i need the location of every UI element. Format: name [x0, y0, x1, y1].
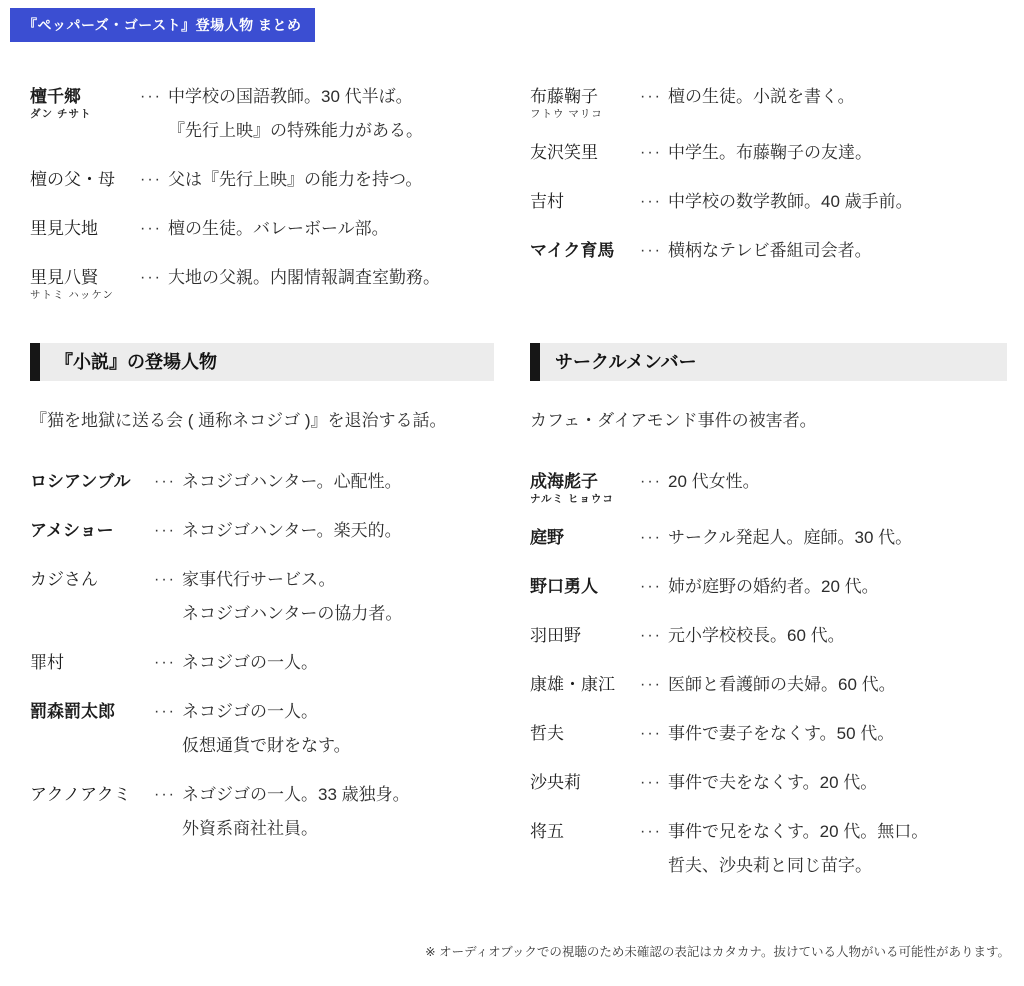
character-name: カジさん — [30, 563, 154, 597]
section-intro-novel: 『猫を地獄に送る会 ( 通称ネコジゴ )』を退治する話。 — [30, 409, 494, 433]
ellipsis-separator: ··· — [640, 521, 668, 555]
novel-characters-list: ロシアンブル ··· ネコジゴハンター。心配性。 アメショー ··· ネコジゴハ… — [30, 465, 494, 898]
ellipsis-separator: ··· — [640, 766, 668, 800]
footnote: ※ オーディオブックでの視聴のため未確認の表記はカタカナ。抜けている人物がいる可… — [425, 942, 1010, 960]
ellipsis-separator: ··· — [640, 234, 668, 268]
character-entry: 沙央莉 ··· 事件で夫をなくす。20 代。 — [530, 766, 1007, 800]
character-description: 中学校の国語教師。30 代半ば。 『先行上映』の特殊能力がある。 — [168, 80, 494, 148]
character-entry: 里見八賢 サトミ ハッケン ··· 大地の父親。内閣情報調査室勤務。 — [30, 261, 494, 302]
character-entry: 吉村 ··· 中学校の数学教師。40 歳手前。 — [530, 185, 1007, 219]
ellipsis-separator: ··· — [640, 570, 668, 604]
ellipsis-separator: ··· — [140, 261, 168, 295]
section-intro-circle: カフェ・ダイアモンド事件の被害者。 — [530, 409, 1007, 433]
character-name: 将五 — [530, 815, 640, 849]
section-title: 『小説』の登場人物 — [55, 352, 217, 372]
section-header-novel: 『小説』の登場人物 — [30, 343, 494, 381]
character-entry: 将五 ··· 事件で兄をなくす。20 代。無口。 哲夫、沙央莉と同じ苗字。 — [530, 815, 1007, 883]
character-description: ネコジゴの一人。 — [182, 646, 494, 680]
ellipsis-separator: ··· — [640, 80, 668, 114]
ellipsis-separator: ··· — [640, 465, 668, 499]
character-entry: カジさん ··· 家事代行サービス。 ネコジゴハンターの協力者。 — [30, 563, 494, 631]
character-entry: アクノアクミ ··· ネゴジゴの一人。33 歳独身。 外資系商社社員。 — [30, 778, 494, 846]
character-name-block: 成海彪子 ナルミ ヒョウコ — [530, 465, 640, 506]
character-name-block: 布藤鞠子 フトウ マリコ — [530, 80, 640, 121]
ellipsis-separator: ··· — [640, 136, 668, 170]
circle-members-list: 成海彪子 ナルミ ヒョウコ ··· 20 代女性。 庭野 ··· サークル発起人… — [530, 465, 1007, 898]
ellipsis-separator: ··· — [640, 717, 668, 751]
character-name: 里見大地 — [30, 212, 140, 246]
ellipsis-separator: ··· — [154, 646, 182, 680]
character-description: 事件で兄をなくす。20 代。無口。 哲夫、沙央莉と同じ苗字。 — [668, 815, 1007, 883]
character-entry: ロシアンブル ··· ネコジゴハンター。心配性。 — [30, 465, 494, 499]
ellipsis-separator: ··· — [154, 778, 182, 812]
character-description: ネゴジゴの一人。33 歳独身。 外資系商社社員。 — [182, 778, 494, 846]
character-entry: 康雄・康江 ··· 医師と看護師の夫婦。60 代。 — [530, 668, 1007, 702]
ellipsis-separator: ··· — [154, 695, 182, 729]
character-description: 元小学校校長。60 代。 — [668, 619, 1007, 653]
character-name: 哲夫 — [530, 717, 640, 751]
character-name-block: 里見八賢 サトミ ハッケン — [30, 261, 140, 302]
character-entry: 里見大地 ··· 檀の生徒。バレーボール部。 — [30, 212, 494, 246]
character-name-block: アクノアクミ — [30, 778, 154, 812]
ellipsis-separator: ··· — [640, 815, 668, 849]
character-name-block: 康雄・康江 — [530, 668, 640, 702]
character-entry: 罪村 ··· ネコジゴの一人。 — [30, 646, 494, 680]
character-name: 野口勇人 — [530, 570, 640, 604]
character-name-block: 檀の父・母 — [30, 163, 140, 197]
character-description: 家事代行サービス。 ネコジゴハンターの協力者。 — [182, 563, 494, 631]
ellipsis-separator: ··· — [640, 185, 668, 219]
character-description: 中学校の数学教師。40 歳手前。 — [668, 185, 1007, 219]
ellipsis-separator: ··· — [140, 163, 168, 197]
character-entry: 檀の父・母 ··· 父は『先行上映』の能力を持つ。 — [30, 163, 494, 197]
character-description: 事件で夫をなくす。20 代。 — [668, 766, 1007, 800]
character-name-block: 庭野 — [530, 521, 640, 555]
character-name: 康雄・康江 — [530, 668, 640, 702]
character-name: 罰森罰太郎 — [30, 695, 154, 729]
main-characters-right-list: 布藤鞠子 フトウ マリコ ··· 檀の生徒。小説を書く。 友沢笑里 ··· 中学… — [530, 80, 1007, 317]
character-description: 医師と看護師の夫婦。60 代。 — [668, 668, 1007, 702]
character-description: ネコジゴの一人。 仮想通貨で財をなす。 — [182, 695, 494, 763]
character-entry: アメショー ··· ネコジゴハンター。楽天的。 — [30, 514, 494, 548]
character-name: 檀の父・母 — [30, 163, 140, 197]
character-description: ネコジゴハンター。心配性。 — [182, 465, 494, 499]
ellipsis-separator: ··· — [140, 80, 168, 114]
section-header-circle: サークルメンバー — [530, 343, 1007, 381]
character-entry: 友沢笑里 ··· 中学生。布藤鞠子の友達。 — [530, 136, 1007, 170]
page-title: 『ペッパーズ・ゴースト』登場人物 まとめ — [23, 17, 302, 33]
character-entry: マイク育馬 ··· 横柄なテレビ番組司会者。 — [530, 234, 1007, 268]
section-title: サークルメンバー — [555, 352, 697, 372]
character-description: 姉が庭野の婚約者。20 代。 — [668, 570, 1007, 604]
character-name-block: カジさん — [30, 563, 154, 597]
character-name-block: ロシアンブル — [30, 465, 154, 499]
character-name-block: 里見大地 — [30, 212, 140, 246]
character-furigana: ナルミ ヒョウコ — [530, 492, 640, 506]
character-name: 沙央莉 — [530, 766, 640, 800]
character-entry: 檀千郷 ダン チサト ··· 中学校の国語教師。30 代半ば。 『先行上映』の特… — [30, 80, 494, 148]
ellipsis-separator: ··· — [140, 212, 168, 246]
ellipsis-separator: ··· — [154, 563, 182, 597]
character-entry: 哲夫 ··· 事件で妻子をなくす。50 代。 — [530, 717, 1007, 751]
character-description: 中学生。布藤鞠子の友達。 — [668, 136, 1007, 170]
character-entry: 庭野 ··· サークル発起人。庭師。30 代。 — [530, 521, 1007, 555]
ellipsis-separator: ··· — [640, 668, 668, 702]
character-name-block: 沙央莉 — [530, 766, 640, 800]
character-name: 羽田野 — [530, 619, 640, 653]
character-name: 罪村 — [30, 646, 154, 680]
character-entry: 布藤鞠子 フトウ マリコ ··· 檀の生徒。小説を書く。 — [530, 80, 1007, 121]
main-characters-left-list: 檀千郷 ダン チサト ··· 中学校の国語教師。30 代半ば。 『先行上映』の特… — [30, 80, 494, 317]
character-name: ロシアンブル — [30, 465, 154, 499]
character-entry: 野口勇人 ··· 姉が庭野の婚約者。20 代。 — [530, 570, 1007, 604]
character-name-block: 罰森罰太郎 — [30, 695, 154, 729]
character-description: 大地の父親。内閣情報調査室勤務。 — [168, 261, 494, 295]
character-name-block: 吉村 — [530, 185, 640, 219]
character-name-block: 友沢笑里 — [530, 136, 640, 170]
character-description: 檀の生徒。バレーボール部。 — [168, 212, 494, 246]
character-name-block: アメショー — [30, 514, 154, 548]
character-name: アメショー — [30, 514, 154, 548]
title-badge: 『ペッパーズ・ゴースト』登場人物 まとめ — [10, 8, 315, 42]
character-entry: 罰森罰太郎 ··· ネコジゴの一人。 仮想通貨で財をなす。 — [30, 695, 494, 763]
character-name-block: 将五 — [530, 815, 640, 849]
main-content: 檀千郷 ダン チサト ··· 中学校の国語教師。30 代半ば。 『先行上映』の特… — [30, 80, 1007, 898]
character-name: 吉村 — [530, 185, 640, 219]
character-name: アクノアクミ — [30, 778, 154, 812]
character-furigana: フトウ マリコ — [530, 107, 640, 121]
character-entry: 羽田野 ··· 元小学校校長。60 代。 — [530, 619, 1007, 653]
character-name-block: マイク育馬 — [530, 234, 640, 268]
character-name-block: 哲夫 — [530, 717, 640, 751]
character-description: 父は『先行上映』の能力を持つ。 — [168, 163, 494, 197]
character-name: 庭野 — [530, 521, 640, 555]
character-name-block: 罪村 — [30, 646, 154, 680]
character-name-block: 檀千郷 ダン チサト — [30, 80, 140, 121]
character-name-block: 羽田野 — [530, 619, 640, 653]
character-description: サークル発起人。庭師。30 代。 — [668, 521, 1007, 555]
character-description: ネコジゴハンター。楽天的。 — [182, 514, 494, 548]
character-description: 20 代女性。 — [668, 465, 1007, 499]
character-name-block: 野口勇人 — [530, 570, 640, 604]
character-description: 檀の生徒。小説を書く。 — [668, 80, 1007, 114]
ellipsis-separator: ··· — [640, 619, 668, 653]
ellipsis-separator: ··· — [154, 465, 182, 499]
character-furigana: サトミ ハッケン — [30, 288, 140, 302]
character-description: 横柄なテレビ番組司会者。 — [668, 234, 1007, 268]
character-furigana: ダン チサト — [30, 107, 140, 121]
character-name: マイク育馬 — [530, 234, 640, 268]
character-entry: 成海彪子 ナルミ ヒョウコ ··· 20 代女性。 — [530, 465, 1007, 506]
character-name: 友沢笑里 — [530, 136, 640, 170]
ellipsis-separator: ··· — [154, 514, 182, 548]
character-description: 事件で妻子をなくす。50 代。 — [668, 717, 1007, 751]
